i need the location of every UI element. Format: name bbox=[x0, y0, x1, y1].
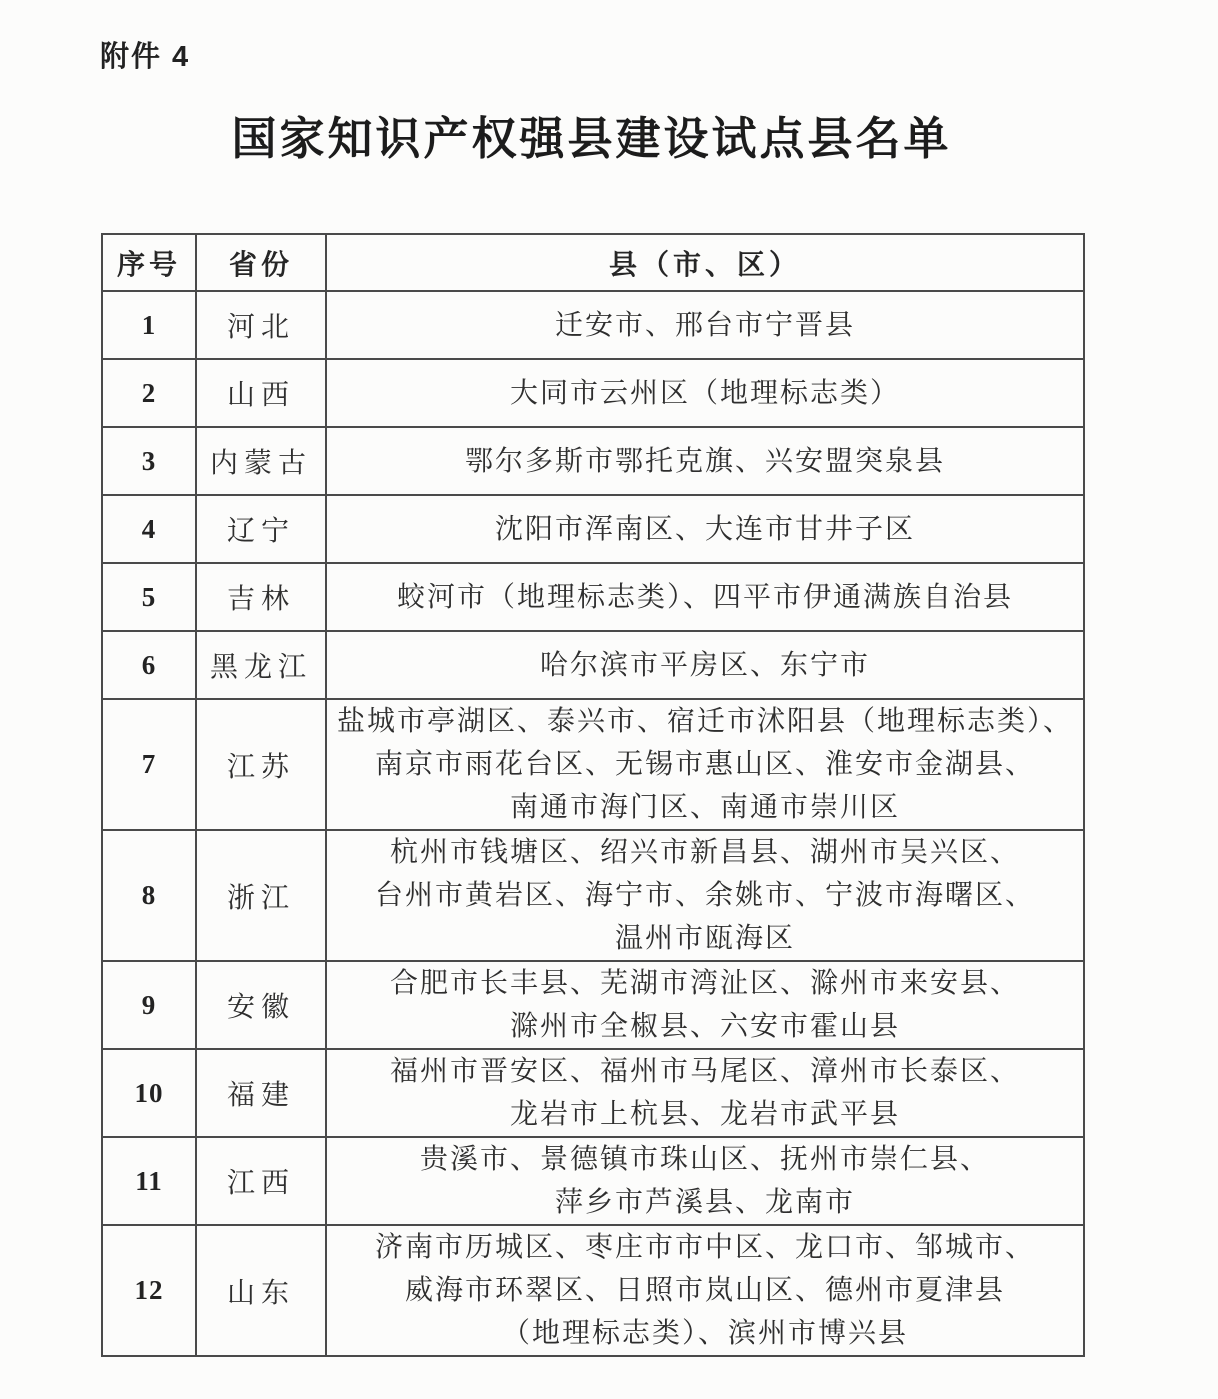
row-serial-number: 5 bbox=[102, 563, 196, 631]
row-serial-number: 12 bbox=[102, 1225, 196, 1356]
table-row: 7江苏盐城市亭湖区、泰兴市、宿迁市沭阳县（地理标志类）、 南京市雨花台区、无锡市… bbox=[102, 699, 1084, 830]
row-province: 江苏 bbox=[196, 699, 326, 830]
page-title: 国家知识产权强县建设试点县名单 bbox=[100, 102, 1083, 167]
row-counties: 沈阳市浑南区、大连市甘井子区 bbox=[326, 495, 1084, 563]
row-province: 吉林 bbox=[196, 563, 326, 631]
row-counties: 蛟河市（地理标志类）、四平市伊通满族自治县 bbox=[326, 563, 1084, 631]
row-province: 江西 bbox=[196, 1137, 326, 1225]
row-counties: 合肥市长丰县、芜湖市湾沚区、滁州市来安县、 滁州市全椒县、六安市霍山县 bbox=[326, 961, 1084, 1049]
attachment-label: 附件 4 bbox=[100, 34, 190, 75]
table-row: 3内蒙古鄂尔多斯市鄂托克旗、兴安盟突泉县 bbox=[102, 427, 1084, 495]
row-province: 内蒙古 bbox=[196, 427, 326, 495]
table-row: 9安徽合肥市长丰县、芜湖市湾沚区、滁州市来安县、 滁州市全椒县、六安市霍山县 bbox=[102, 961, 1084, 1049]
table-row: 12山东济南市历城区、枣庄市市中区、龙口市、邹城市、 威海市环翠区、日照市岚山区… bbox=[102, 1225, 1084, 1356]
row-counties: 济南市历城区、枣庄市市中区、龙口市、邹城市、 威海市环翠区、日照市岚山区、德州市… bbox=[326, 1225, 1084, 1356]
row-counties: 杭州市钱塘区、绍兴市新昌县、湖州市吴兴区、 台州市黄岩区、海宁市、余姚市、宁波市… bbox=[326, 830, 1084, 961]
row-province: 安徽 bbox=[196, 961, 326, 1049]
row-serial-number: 1 bbox=[102, 291, 196, 359]
table-header-row: 序号 省份 县（市、区） bbox=[102, 234, 1084, 291]
table-row: 2山西大同市云州区（地理标志类） bbox=[102, 359, 1084, 427]
document-page: 附件 4 国家知识产权强县建设试点县名单 序号 省份 县（市、区） 1河北迁安市… bbox=[0, 0, 1218, 1399]
row-serial-number: 4 bbox=[102, 495, 196, 563]
header-county: 县（市、区） bbox=[326, 234, 1084, 291]
row-serial-number: 7 bbox=[102, 699, 196, 830]
row-serial-number: 2 bbox=[102, 359, 196, 427]
table-row: 11江西贵溪市、景德镇市珠山区、抚州市崇仁县、 萍乡市芦溪县、龙南市 bbox=[102, 1137, 1084, 1225]
row-serial-number: 3 bbox=[102, 427, 196, 495]
row-province: 河北 bbox=[196, 291, 326, 359]
county-table: 序号 省份 县（市、区） 1河北迁安市、邢台市宁晋县2山西大同市云州区（地理标志… bbox=[101, 233, 1085, 1357]
table-row: 6黑龙江哈尔滨市平房区、东宁市 bbox=[102, 631, 1084, 699]
row-province: 山东 bbox=[196, 1225, 326, 1356]
row-counties: 鄂尔多斯市鄂托克旗、兴安盟突泉县 bbox=[326, 427, 1084, 495]
table-row: 10福建福州市晋安区、福州市马尾区、漳州市长泰区、 龙岩市上杭县、龙岩市武平县 bbox=[102, 1049, 1084, 1137]
row-province: 浙江 bbox=[196, 830, 326, 961]
table-row: 5吉林蛟河市（地理标志类）、四平市伊通满族自治县 bbox=[102, 563, 1084, 631]
header-serial-number: 序号 bbox=[102, 234, 196, 291]
row-serial-number: 11 bbox=[102, 1137, 196, 1225]
row-province: 山西 bbox=[196, 359, 326, 427]
row-counties: 福州市晋安区、福州市马尾区、漳州市长泰区、 龙岩市上杭县、龙岩市武平县 bbox=[326, 1049, 1084, 1137]
row-counties: 迁安市、邢台市宁晋县 bbox=[326, 291, 1084, 359]
row-counties: 哈尔滨市平房区、东宁市 bbox=[326, 631, 1084, 699]
header-province: 省份 bbox=[196, 234, 326, 291]
row-counties: 大同市云州区（地理标志类） bbox=[326, 359, 1084, 427]
row-serial-number: 10 bbox=[102, 1049, 196, 1137]
row-province: 辽宁 bbox=[196, 495, 326, 563]
row-province: 福建 bbox=[196, 1049, 326, 1137]
table-row: 1河北迁安市、邢台市宁晋县 bbox=[102, 291, 1084, 359]
table-row: 4辽宁沈阳市浑南区、大连市甘井子区 bbox=[102, 495, 1084, 563]
row-serial-number: 6 bbox=[102, 631, 196, 699]
row-serial-number: 8 bbox=[102, 830, 196, 961]
row-province: 黑龙江 bbox=[196, 631, 326, 699]
table-row: 8浙江杭州市钱塘区、绍兴市新昌县、湖州市吴兴区、 台州市黄岩区、海宁市、余姚市、… bbox=[102, 830, 1084, 961]
row-counties: 贵溪市、景德镇市珠山区、抚州市崇仁县、 萍乡市芦溪县、龙南市 bbox=[326, 1137, 1084, 1225]
row-counties: 盐城市亭湖区、泰兴市、宿迁市沭阳县（地理标志类）、 南京市雨花台区、无锡市惠山区… bbox=[326, 699, 1084, 830]
row-serial-number: 9 bbox=[102, 961, 196, 1049]
